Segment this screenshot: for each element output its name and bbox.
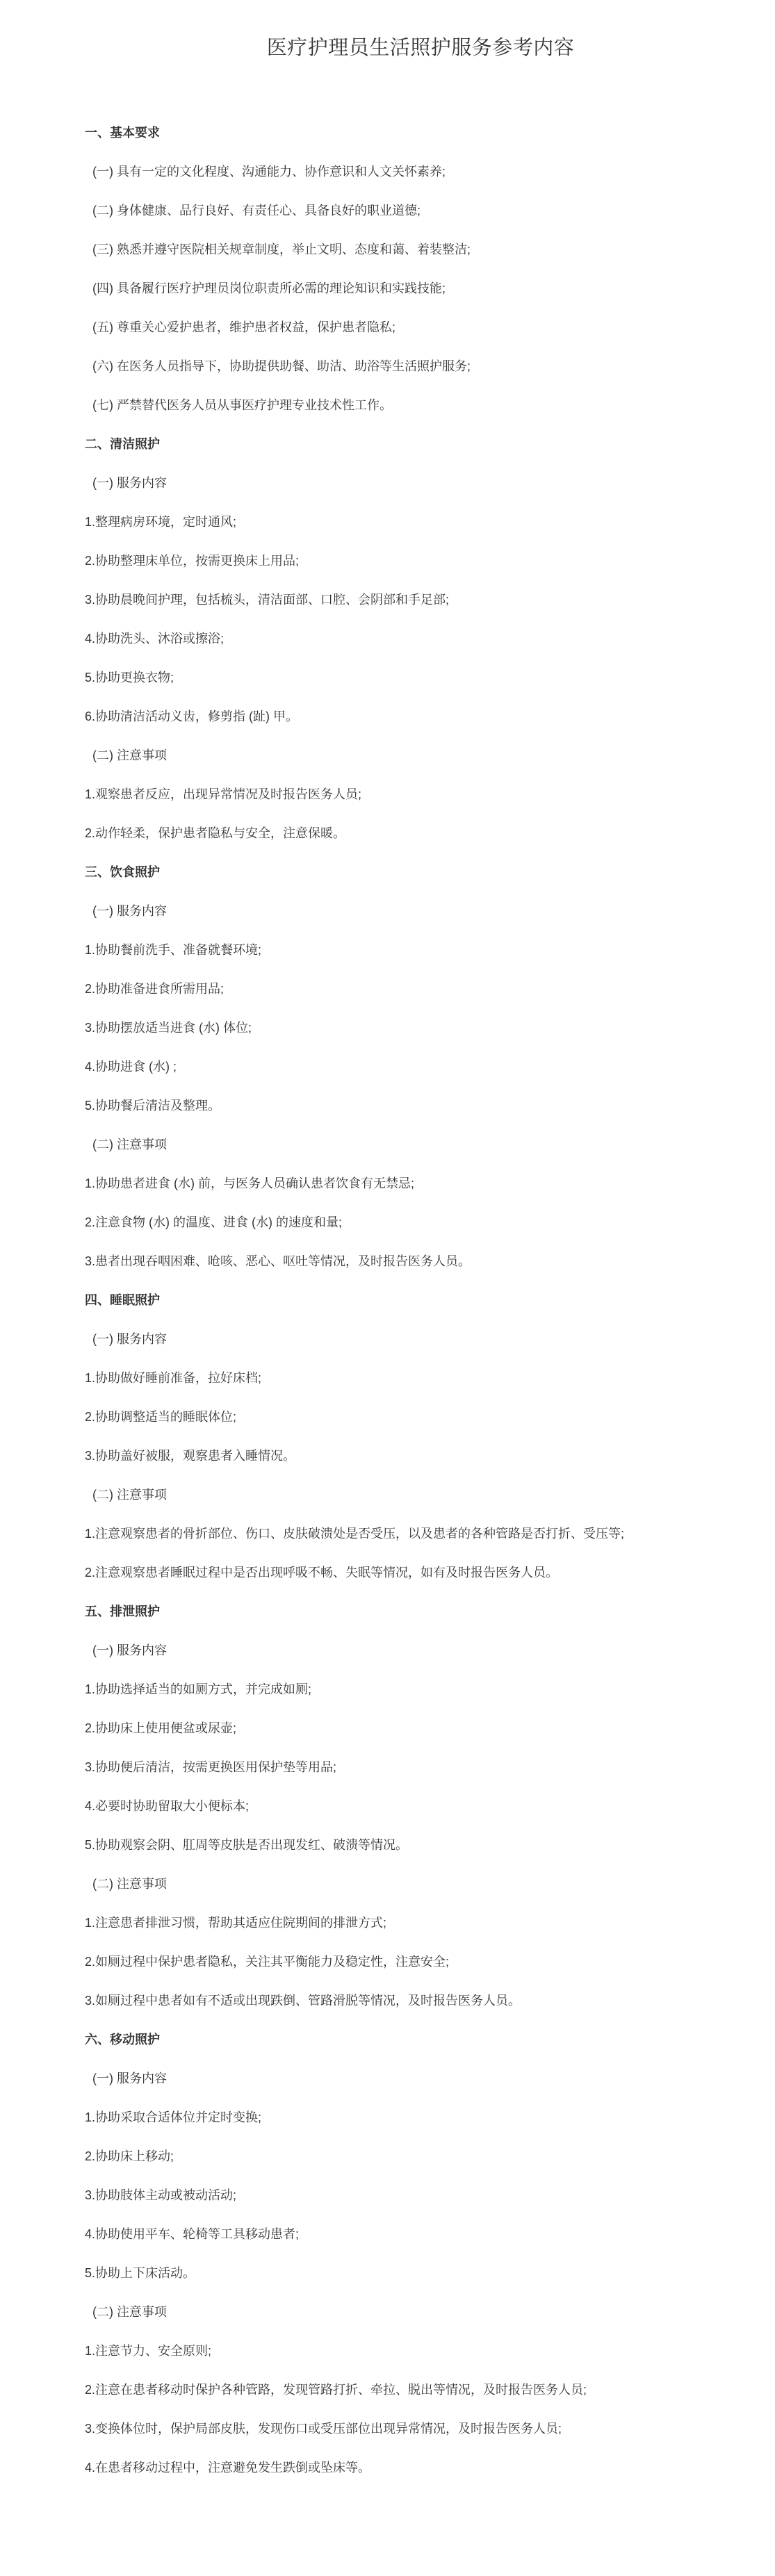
paragraph: 5.协助上下床活动。: [85, 2254, 756, 2292]
paragraph: 1.整理病房环境，定时通风;: [85, 502, 756, 541]
paragraph: 2.协助床上移动;: [85, 2137, 756, 2176]
paragraph: 5.协助观察会阴、肛周等皮肤是否出现发红、破溃等情况。: [85, 1826, 756, 1864]
paragraph: 1.注意观察患者的骨折部位、伤口、皮肤破溃处是否受压，以及患者的各种管路是否打折…: [85, 1514, 756, 1553]
paragraph: (二) 注意事项: [85, 2292, 756, 2331]
paragraph: (一) 服务内容: [85, 463, 756, 502]
section-heading: 三、饮食照护: [85, 853, 756, 892]
paragraph: 1.协助患者进食 (水) 前，与医务人员确认患者饮食有无禁忌;: [85, 1164, 756, 1203]
paragraph: 1.注意节力、安全原则;: [85, 2331, 756, 2370]
paragraph: 1.协助采取合适体位并定时变换;: [85, 2098, 756, 2137]
paragraph: 4.必要时协助留取大小便标本;: [85, 1787, 756, 1826]
paragraph: 2.动作轻柔，保护患者隐私与安全，注意保暖。: [85, 814, 756, 853]
paragraph: (二) 注意事项: [85, 736, 756, 775]
paragraph: 3.协助摆放适当进食 (水) 体位;: [85, 1008, 756, 1047]
paragraph: (二) 注意事项: [85, 1864, 756, 1903]
paragraph: (二) 身体健康、品行良好、有责任心、具备良好的职业道德;: [85, 191, 756, 230]
paragraph: 3.协助肢体主动或被动活动;: [85, 2176, 756, 2215]
paragraph: 5.协助更换衣物;: [85, 658, 756, 697]
paragraph: (六) 在医务人员指导下，协助提供助餐、助洁、助浴等生活照护服务;: [85, 347, 756, 386]
paragraph: (四) 具备履行医疗护理员岗位职责所必需的理论知识和实践技能;: [85, 269, 756, 308]
section-heading: 二、清洁照护: [85, 425, 756, 463]
paragraph: 1.协助做好睡前准备，拉好床档;: [85, 1359, 756, 1397]
paragraph: (一) 服务内容: [85, 892, 756, 930]
paragraph: 1.协助餐前洗手、准备就餐环境;: [85, 930, 756, 969]
document-body: 一、基本要求(一) 具有一定的文化程度、沟通能力、协作意识和人文关怀素养;(二)…: [85, 113, 756, 2487]
section-heading: 六、移动照护: [85, 2020, 756, 2059]
paragraph: 3.协助便后清洁，按需更换医用保护垫等用品;: [85, 1748, 756, 1787]
paragraph: 4.协助使用平车、轮椅等工具移动患者;: [85, 2215, 756, 2254]
page-title: 医疗护理员生活照护服务参考内容: [85, 33, 756, 63]
paragraph: (一) 具有一定的文化程度、沟通能力、协作意识和人文关怀素养;: [85, 152, 756, 191]
paragraph: 3.患者出现吞咽困难、呛咳、恶心、呕吐等情况，及时报告医务人员。: [85, 1242, 756, 1281]
paragraph: 2.注意在患者移动时保护各种管路，发现管路打折、牵拉、脱出等情况，及时报告医务人…: [85, 2370, 756, 2409]
paragraph: 2.协助准备进食所需用品;: [85, 969, 756, 1008]
paragraph: (一) 服务内容: [85, 2059, 756, 2098]
paragraph: 3.协助盖好被服，观察患者入睡情况。: [85, 1436, 756, 1475]
paragraph: 3.变换体位时，保护局部皮肤，发现伤口或受压部位出现异常情况，及时报告医务人员;: [85, 2409, 756, 2448]
paragraph: 1.协助选择适当的如厕方式，并完成如厕;: [85, 1670, 756, 1709]
section-heading: 一、基本要求: [85, 113, 756, 152]
paragraph: (五) 尊重关心爱护患者，维护患者权益，保护患者隐私;: [85, 308, 756, 347]
paragraph: 2.协助调整适当的睡眠体位;: [85, 1397, 756, 1436]
paragraph: 3.如厕过程中患者如有不适或出现跌倒、管路滑脱等情况，及时报告医务人员。: [85, 1981, 756, 2020]
paragraph: (七) 严禁替代医务人员从事医疗护理专业技术性工作。: [85, 386, 756, 425]
paragraph: 1.注意患者排泄习惯，帮助其适应住院期间的排泄方式;: [85, 1903, 756, 1942]
paragraph: 2.协助整理床单位，按需更换床上用品;: [85, 541, 756, 580]
paragraph: 4.协助进食 (水) ;: [85, 1047, 756, 1086]
paragraph: 2.注意食物 (水) 的温度、进食 (水) 的速度和量;: [85, 1203, 756, 1242]
paragraph: (二) 注意事项: [85, 1475, 756, 1514]
paragraph: (二) 注意事项: [85, 1125, 756, 1164]
section-heading: 五、排泄照护: [85, 1592, 756, 1631]
paragraph: (一) 服务内容: [85, 1320, 756, 1359]
paragraph: 4.在患者移动过程中，注意避免发生跌倒或坠床等。: [85, 2448, 756, 2487]
paragraph: 2.如厕过程中保护患者隐私，关注其平衡能力及稳定性，注意安全;: [85, 1942, 756, 1981]
section-heading: 四、睡眠照护: [85, 1281, 756, 1320]
paragraph: (一) 服务内容: [85, 1631, 756, 1670]
paragraph: (三) 熟悉并遵守医院相关规章制度，举止文明、态度和蔼、着装整洁;: [85, 230, 756, 269]
paragraph: 1.观察患者反应，出现异常情况及时报告医务人员;: [85, 775, 756, 814]
paragraph: 6.协助清洁活动义齿，修剪指 (趾) 甲。: [85, 697, 756, 736]
paragraph: 5.协助餐后清洁及整理。: [85, 1086, 756, 1125]
document-viewport: { "page": { "title": "医疗护理员生活照护服务参考内容", …: [0, 0, 775, 2576]
paragraph: 3.协助晨晚间护理，包括梳头，清洁面部、口腔、会阴部和手足部;: [85, 580, 756, 619]
paragraph: 2.注意观察患者睡眠过程中是否出现呼吸不畅、失眠等情况，如有及时报告医务人员。: [85, 1553, 756, 1592]
paragraph: 4.协助洗头、沐浴或擦浴;: [85, 619, 756, 658]
paragraph: 2.协助床上使用便盆或尿壶;: [85, 1709, 756, 1748]
document-page: 医疗护理员生活照护服务参考内容 一、基本要求(一) 具有一定的文化程度、沟通能力…: [85, 0, 756, 2487]
